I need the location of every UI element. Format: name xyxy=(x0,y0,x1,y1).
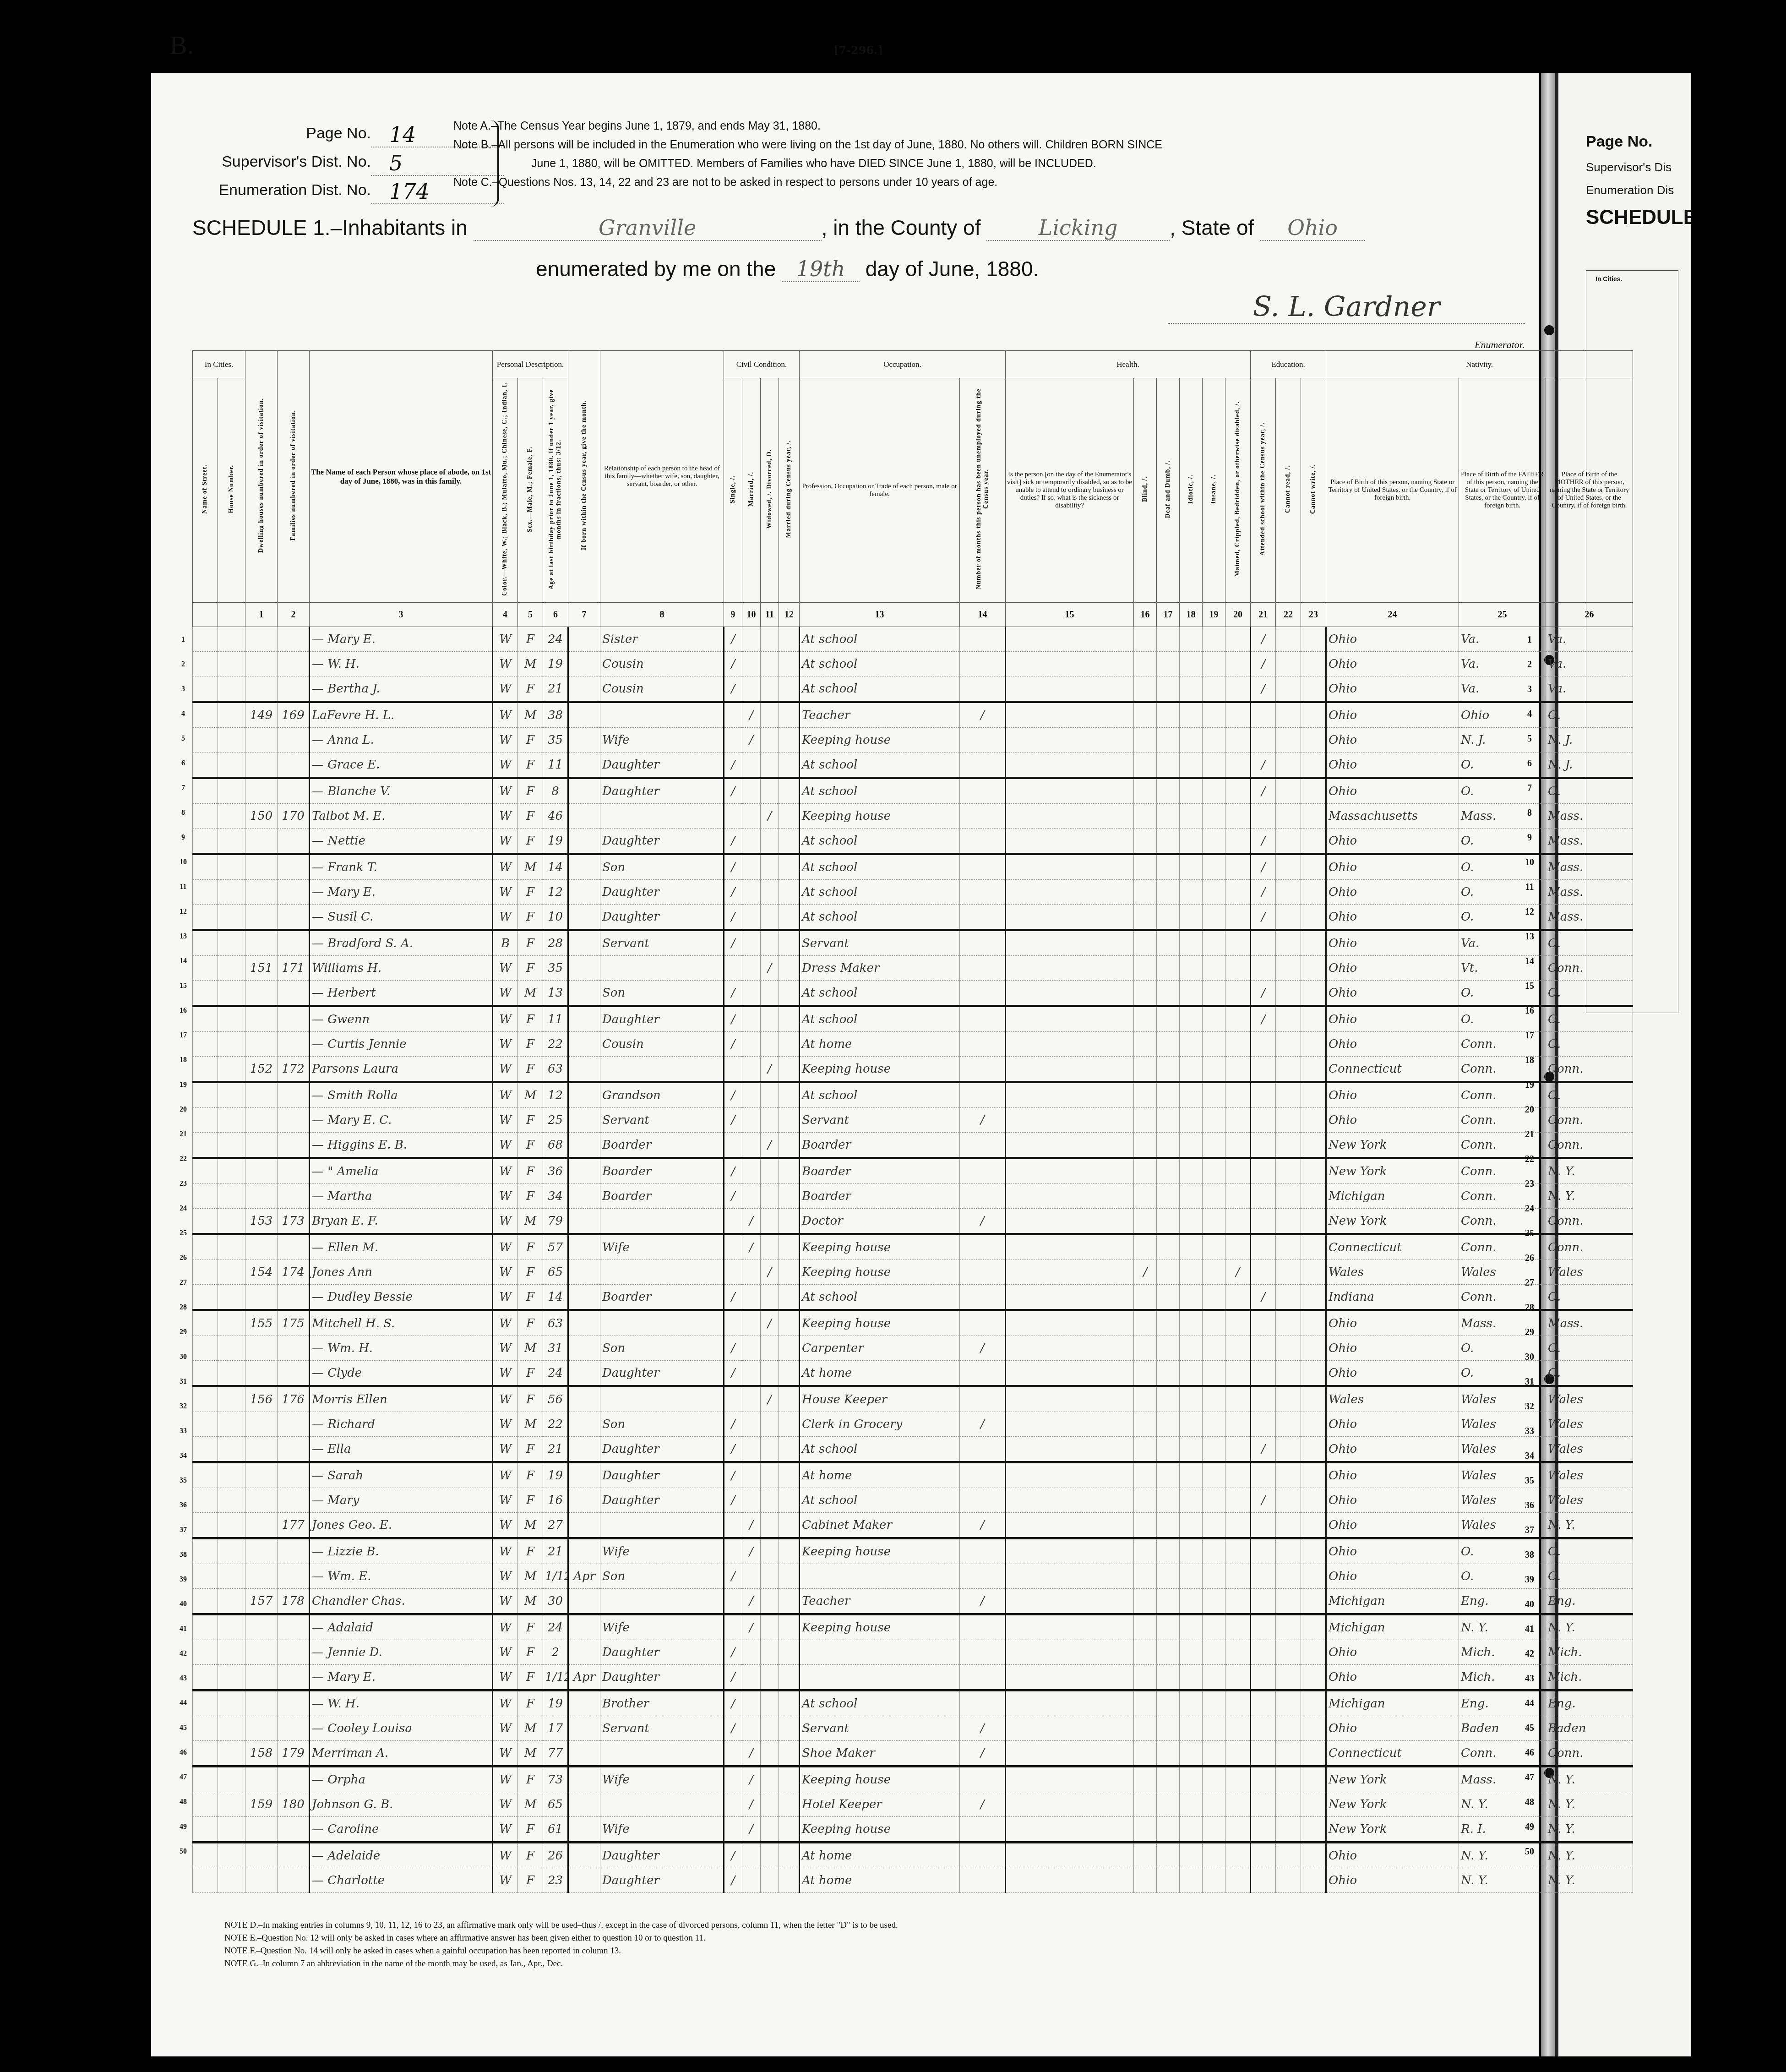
cell-color: W xyxy=(493,829,518,854)
cell-widowed xyxy=(761,1767,779,1792)
cell-widowed xyxy=(761,1488,779,1513)
cell-write xyxy=(1301,1310,1326,1336)
cell-school: / xyxy=(1251,905,1276,930)
cell-sick xyxy=(1006,728,1134,752)
cell-color: W xyxy=(493,1412,518,1437)
cell-dwelling: 156 xyxy=(245,1386,278,1412)
cell-unemp xyxy=(960,804,1006,829)
cell-age: 65 xyxy=(543,1260,568,1285)
cell-month xyxy=(568,930,600,956)
cell-write xyxy=(1301,778,1326,804)
cell-rel: Daughter xyxy=(600,880,724,905)
cell-single: / xyxy=(724,1412,742,1437)
enumeration-date-line: enumerated by me on the 19th day of June… xyxy=(536,256,1039,282)
cell-blind xyxy=(1134,702,1157,728)
line-number: 11 xyxy=(1520,875,1539,900)
cell-unemp xyxy=(960,1361,1006,1386)
table-row: — Bradford S. A.BF28Servant/ServantOhioV… xyxy=(193,930,1633,956)
cell-single: / xyxy=(724,1006,742,1032)
cell-dwelling xyxy=(245,1082,278,1108)
cell-dwelling xyxy=(245,627,278,652)
cell-blind xyxy=(1134,676,1157,702)
cell-occ: Shoe Maker xyxy=(800,1741,960,1767)
cell-name: — Mary E. C. xyxy=(310,1108,493,1133)
cell-blind xyxy=(1134,1665,1157,1690)
header-dwelling: Dwelling houses numbered in order of vis… xyxy=(245,351,278,603)
line-number: 49 xyxy=(1520,1815,1539,1839)
cell-insane xyxy=(1203,728,1225,752)
line-numbers-left: 1234567891011121314151617181920212223242… xyxy=(176,627,190,1864)
cell-maimed xyxy=(1225,1032,1251,1057)
cell-sex: F xyxy=(518,752,543,778)
cell-deaf xyxy=(1157,1082,1180,1108)
county-label: , in the County of xyxy=(822,216,981,240)
header-age: Age at last birthday prior to June 1, 18… xyxy=(543,378,568,603)
cell-street xyxy=(193,905,218,930)
cell-insane xyxy=(1203,1437,1225,1462)
cell-school: / xyxy=(1251,981,1276,1006)
date-suffix: day of June, 1880. xyxy=(866,257,1039,281)
cell-widowed xyxy=(761,1690,779,1716)
state-value: Ohio xyxy=(1260,215,1365,241)
cell-occ: Keeping house xyxy=(800,1057,960,1082)
table-row: — Wm. H.WM31Son/Carpenter/OhioO.O. xyxy=(193,1336,1633,1361)
cell-rel: Daughter xyxy=(600,1462,724,1488)
cell-month xyxy=(568,1158,600,1184)
cell-sex: F xyxy=(518,1184,543,1209)
cell-age: 65 xyxy=(543,1792,568,1817)
cell-family xyxy=(278,1716,310,1741)
cell-write xyxy=(1301,1741,1326,1767)
column-number: 20 xyxy=(1225,603,1251,627)
cell-maimed xyxy=(1225,1386,1251,1412)
cell-street xyxy=(193,627,218,652)
cell-maimed xyxy=(1225,854,1251,880)
cell-unemp xyxy=(960,1006,1006,1032)
cell-rel: Sister xyxy=(600,627,724,652)
cell-occ: House Keeper xyxy=(800,1386,960,1412)
cell-name: — Mary E. xyxy=(310,880,493,905)
cell-marriedyr xyxy=(779,702,800,728)
column-number: 26 xyxy=(1546,603,1633,627)
cell-color: W xyxy=(493,1209,518,1234)
cell-idiotic xyxy=(1180,1716,1203,1741)
cell-maimed xyxy=(1225,1133,1251,1158)
cell-rel: Son xyxy=(600,1564,724,1589)
cell-marriedyr xyxy=(779,1260,800,1285)
table-row: 156176Morris EllenWF56/House KeeperWales… xyxy=(193,1386,1633,1412)
cell-deaf xyxy=(1157,728,1180,752)
cell-school xyxy=(1251,1108,1276,1133)
cell-age: 38 xyxy=(543,702,568,728)
table-row: — W. H.WF19Brother/At schoolMichiganEng.… xyxy=(193,1690,1633,1716)
cell-insane xyxy=(1203,1133,1225,1158)
cell-married xyxy=(742,1716,761,1741)
cell-name: — Clyde xyxy=(310,1361,493,1386)
table-row: — RichardWM22Son/Clerk in Grocery/OhioWa… xyxy=(193,1412,1633,1437)
cell-dwelling xyxy=(245,1767,278,1792)
cell-street xyxy=(193,880,218,905)
line-number: 23 xyxy=(176,1172,190,1196)
cell-widowed xyxy=(761,905,779,930)
group-health: Health. xyxy=(1006,351,1251,378)
cell-insane xyxy=(1203,752,1225,778)
line-number: 24 xyxy=(1520,1196,1539,1221)
cell-unemp: / xyxy=(960,1741,1006,1767)
cell-occ: At school xyxy=(800,905,960,930)
cell-month xyxy=(568,1184,600,1209)
cell-house xyxy=(218,1564,245,1589)
cell-sick xyxy=(1006,1690,1134,1716)
cell-marriedyr xyxy=(779,1184,800,1209)
cell-insane xyxy=(1203,829,1225,854)
cell-school: / xyxy=(1251,829,1276,854)
cell-marriedyr xyxy=(779,676,800,702)
cell-month xyxy=(568,1462,600,1488)
cell-month xyxy=(568,1386,600,1412)
cell-color: W xyxy=(493,1386,518,1412)
cell-family xyxy=(278,627,310,652)
cell-family xyxy=(278,854,310,880)
cell-name: — Ella xyxy=(310,1437,493,1462)
cell-write xyxy=(1301,702,1326,728)
cell-sex: F xyxy=(518,1158,543,1184)
cell-unemp: / xyxy=(960,702,1006,728)
cell-occ: Clerk in Grocery xyxy=(800,1412,960,1437)
cell-sick xyxy=(1006,1412,1134,1437)
cell-unemp xyxy=(960,981,1006,1006)
table-row: 151171Williams H.WF35/Dress MakerOhioVt.… xyxy=(193,956,1633,981)
group-personal: Personal Description. xyxy=(493,351,568,378)
column-number: 5 xyxy=(518,603,543,627)
cell-dwelling xyxy=(245,1843,278,1868)
cell-age: 10 xyxy=(543,905,568,930)
cell-month xyxy=(568,1412,600,1437)
line-number: 24 xyxy=(176,1196,190,1221)
cell-write xyxy=(1301,1513,1326,1538)
cell-age: 21 xyxy=(543,676,568,702)
cell-occ xyxy=(800,1640,960,1665)
cell-age: 12 xyxy=(543,1082,568,1108)
cell-single: / xyxy=(724,1285,742,1310)
header-birthplace: Place of Birth of this person, naming St… xyxy=(1326,378,1459,603)
cell-birth: Ohio xyxy=(1326,1412,1459,1437)
line-number: 17 xyxy=(176,1023,190,1048)
enumerator-signature: S. L. Gardner xyxy=(1168,291,1525,324)
cell-dwelling: 151 xyxy=(245,956,278,981)
cell-write xyxy=(1301,1564,1326,1589)
cell-read xyxy=(1276,676,1301,702)
enumerated-label: enumerated by me on the xyxy=(536,257,776,281)
cell-month: Apr xyxy=(568,1564,600,1589)
cell-sex: F xyxy=(518,1260,543,1285)
cell-occ: At school xyxy=(800,1082,960,1108)
cell-unemp xyxy=(960,1184,1006,1209)
cell-rel: Cousin xyxy=(600,652,724,676)
cell-read xyxy=(1276,1564,1301,1589)
cell-unemp xyxy=(960,1285,1006,1310)
cell-read xyxy=(1276,956,1301,981)
cell-insane xyxy=(1203,1488,1225,1513)
cell-maimed xyxy=(1225,880,1251,905)
cell-sex: F xyxy=(518,1234,543,1260)
cell-color: W xyxy=(493,702,518,728)
cell-deaf xyxy=(1157,905,1180,930)
line-number: 19 xyxy=(176,1073,190,1097)
cell-rel xyxy=(600,1386,724,1412)
cell-house xyxy=(218,627,245,652)
cell-mother: Conn. xyxy=(1546,1741,1633,1767)
cell-name: — Dudley Bessie xyxy=(310,1285,493,1310)
cell-single xyxy=(724,1538,742,1564)
place-value: Granville xyxy=(474,215,822,241)
cell-write xyxy=(1301,1082,1326,1108)
cell-dwelling xyxy=(245,1032,278,1057)
cell-marriedyr xyxy=(779,1361,800,1386)
table-row: 155175Mitchell H. S.WF63/Keeping houseOh… xyxy=(193,1310,1633,1336)
cell-sick xyxy=(1006,1462,1134,1488)
cell-family xyxy=(278,1488,310,1513)
cell-single xyxy=(724,1234,742,1260)
cell-color: W xyxy=(493,1310,518,1336)
line-number: 13 xyxy=(1520,924,1539,949)
cell-sex: M xyxy=(518,981,543,1006)
cell-sick xyxy=(1006,1032,1134,1057)
cell-family xyxy=(278,778,310,804)
cell-rel xyxy=(600,1513,724,1538)
cell-occ: Servant xyxy=(800,930,960,956)
cell-sick xyxy=(1006,1868,1134,1893)
cell-sex: F xyxy=(518,1386,543,1412)
header-sick: Is the person [on the day of the Enumera… xyxy=(1006,378,1134,603)
cell-month xyxy=(568,1741,600,1767)
cell-single xyxy=(724,1209,742,1234)
cell-house xyxy=(218,1361,245,1386)
cell-school xyxy=(1251,1412,1276,1437)
line-number: 17 xyxy=(1520,1023,1539,1048)
cell-birth: Ohio xyxy=(1326,676,1459,702)
cell-month xyxy=(568,1716,600,1741)
cell-dwelling xyxy=(245,728,278,752)
cell-widowed xyxy=(761,1665,779,1690)
cell-insane xyxy=(1203,1868,1225,1893)
cell-widowed xyxy=(761,829,779,854)
cell-birth: New York xyxy=(1326,1792,1459,1817)
cell-deaf xyxy=(1157,1184,1180,1209)
line-number: 45 xyxy=(1520,1716,1539,1740)
sheet-letter: B. xyxy=(169,30,194,60)
cell-month xyxy=(568,1234,600,1260)
line-number: 37 xyxy=(1520,1518,1539,1543)
line-number: 1 xyxy=(1520,627,1539,652)
group-occupation: Occupation. xyxy=(800,351,1006,378)
cell-color: W xyxy=(493,1184,518,1209)
cell-single: / xyxy=(724,1082,742,1108)
line-number: 3 xyxy=(1520,677,1539,702)
table-row: — Susil C.WF10Daughter/At school/OhioO.M… xyxy=(193,905,1633,930)
cell-birth: Ohio xyxy=(1326,1310,1459,1336)
line-number: 20 xyxy=(1520,1097,1539,1122)
cell-school: / xyxy=(1251,1437,1276,1462)
cell-name: — W. H. xyxy=(310,652,493,676)
cell-blind xyxy=(1134,956,1157,981)
cell-maimed xyxy=(1225,1513,1251,1538)
cell-school xyxy=(1251,1057,1276,1082)
cell-birth: Ohio xyxy=(1326,728,1459,752)
cell-married: / xyxy=(742,1538,761,1564)
cell-house xyxy=(218,1488,245,1513)
cell-family: 175 xyxy=(278,1310,310,1336)
cell-write xyxy=(1301,1234,1326,1260)
line-number: 36 xyxy=(176,1493,190,1518)
cell-deaf xyxy=(1157,1792,1180,1817)
cell-marriedyr xyxy=(779,1792,800,1817)
cell-age: 68 xyxy=(543,1133,568,1158)
table-row: — Bertha J.WF21Cousin/At school/OhioVa.V… xyxy=(193,676,1633,702)
cell-month xyxy=(568,905,600,930)
cell-rel xyxy=(600,1209,724,1234)
cell-name: — Mary E. xyxy=(310,627,493,652)
cell-street xyxy=(193,1108,218,1133)
cell-color: W xyxy=(493,728,518,752)
cell-widowed xyxy=(761,702,779,728)
cell-family xyxy=(278,1412,310,1437)
line-number: 7 xyxy=(176,776,190,801)
cell-blind xyxy=(1134,1234,1157,1260)
cell-unemp: / xyxy=(960,1513,1006,1538)
cell-age: 14 xyxy=(543,854,568,880)
cell-widowed xyxy=(761,981,779,1006)
cell-maimed xyxy=(1225,1716,1251,1741)
cell-read xyxy=(1276,1767,1301,1792)
cell-street xyxy=(193,1310,218,1336)
cell-insane xyxy=(1203,1361,1225,1386)
cell-age: 34 xyxy=(543,1184,568,1209)
line-number: 12 xyxy=(1520,900,1539,924)
line-number: 47 xyxy=(176,1765,190,1790)
cell-occ: At school xyxy=(800,1690,960,1716)
cell-mother: Conn. xyxy=(1546,956,1633,981)
cell-marriedyr xyxy=(779,956,800,981)
cell-marriedyr xyxy=(779,1538,800,1564)
cell-write xyxy=(1301,627,1326,652)
cell-occ: At school xyxy=(800,627,960,652)
cell-month xyxy=(568,1133,600,1158)
cell-insane xyxy=(1203,1108,1225,1133)
cell-dwelling xyxy=(245,1868,278,1893)
cell-read xyxy=(1276,1260,1301,1285)
cell-unemp: / xyxy=(960,1412,1006,1437)
cell-unemp xyxy=(960,1538,1006,1564)
facing-supervisor-label: Supervisor's Dis xyxy=(1586,160,1672,174)
cell-color: B xyxy=(493,930,518,956)
cell-occ: Dress Maker xyxy=(800,956,960,981)
cell-idiotic xyxy=(1180,676,1203,702)
cell-marriedyr xyxy=(779,1133,800,1158)
cell-sick xyxy=(1006,1589,1134,1614)
cell-deaf xyxy=(1157,627,1180,652)
cell-dwelling: 149 xyxy=(245,702,278,728)
line-number: 45 xyxy=(176,1716,190,1740)
cell-age: 19 xyxy=(543,652,568,676)
table-row: — AdalaidWF24Wife/Keeping houseMichiganN… xyxy=(193,1614,1633,1640)
cell-idiotic xyxy=(1180,752,1203,778)
cell-street xyxy=(193,829,218,854)
cell-school xyxy=(1251,1133,1276,1158)
facing-schedule-label: SCHEDULE xyxy=(1586,206,1691,229)
cell-house xyxy=(218,1843,245,1868)
cell-name: — Adalaid xyxy=(310,1614,493,1640)
cell-rel: Daughter xyxy=(600,1361,724,1386)
cell-marriedyr xyxy=(779,804,800,829)
cell-street xyxy=(193,854,218,880)
cell-age: 1/12 xyxy=(543,1665,568,1690)
cell-rel: Daughter xyxy=(600,1843,724,1868)
cell-color: W xyxy=(493,652,518,676)
cell-family xyxy=(278,829,310,854)
cell-idiotic xyxy=(1180,1158,1203,1184)
line-number: 11 xyxy=(176,875,190,900)
cell-idiotic xyxy=(1180,930,1203,956)
header-street: Name of Street. xyxy=(193,378,218,603)
cell-color: W xyxy=(493,1437,518,1462)
cell-family: 169 xyxy=(278,702,310,728)
cell-birth: Ohio xyxy=(1326,905,1459,930)
cell-write xyxy=(1301,1412,1326,1437)
cell-name: — Curtis Jennie xyxy=(310,1032,493,1057)
cell-blind xyxy=(1134,1006,1157,1032)
cell-occ: At school xyxy=(800,676,960,702)
cell-rel: Son xyxy=(600,1336,724,1361)
cell-deaf xyxy=(1157,676,1180,702)
cell-family xyxy=(278,1158,310,1184)
cell-widowed xyxy=(761,1868,779,1893)
cell-married xyxy=(742,1285,761,1310)
cell-blind xyxy=(1134,1716,1157,1741)
cell-mother: Va. xyxy=(1546,652,1633,676)
cell-married xyxy=(742,1386,761,1412)
cell-unemp xyxy=(960,1843,1006,1868)
cell-maimed xyxy=(1225,905,1251,930)
cell-mother: Baden xyxy=(1546,1716,1633,1741)
line-number: 9 xyxy=(176,825,190,850)
cell-house xyxy=(218,1209,245,1234)
cell-sex: F xyxy=(518,1817,543,1843)
cell-idiotic xyxy=(1180,1133,1203,1158)
cell-marriedyr xyxy=(779,1843,800,1868)
cell-dwelling xyxy=(245,829,278,854)
table-row: — Grace E.WF11Daughter/At school/OhioO.N… xyxy=(193,752,1633,778)
line-number: 27 xyxy=(1520,1270,1539,1295)
cell-deaf xyxy=(1157,1209,1180,1234)
cell-school: / xyxy=(1251,880,1276,905)
cell-sex: F xyxy=(518,1690,543,1716)
cell-idiotic xyxy=(1180,1614,1203,1640)
column-number: 17 xyxy=(1157,603,1180,627)
cell-single: / xyxy=(724,1108,742,1133)
cell-birth: Ohio xyxy=(1326,1082,1459,1108)
cell-month xyxy=(568,1792,600,1817)
cell-sex: M xyxy=(518,1589,543,1614)
cell-widowed xyxy=(761,1082,779,1108)
cell-write xyxy=(1301,1158,1326,1184)
cell-sick xyxy=(1006,854,1134,880)
schedule-line: SCHEDULE 1.–Inhabitants in Granville, in… xyxy=(192,215,1365,241)
cell-widowed xyxy=(761,676,779,702)
cell-school: / xyxy=(1251,676,1276,702)
cell-read xyxy=(1276,1640,1301,1665)
cell-blind xyxy=(1134,880,1157,905)
